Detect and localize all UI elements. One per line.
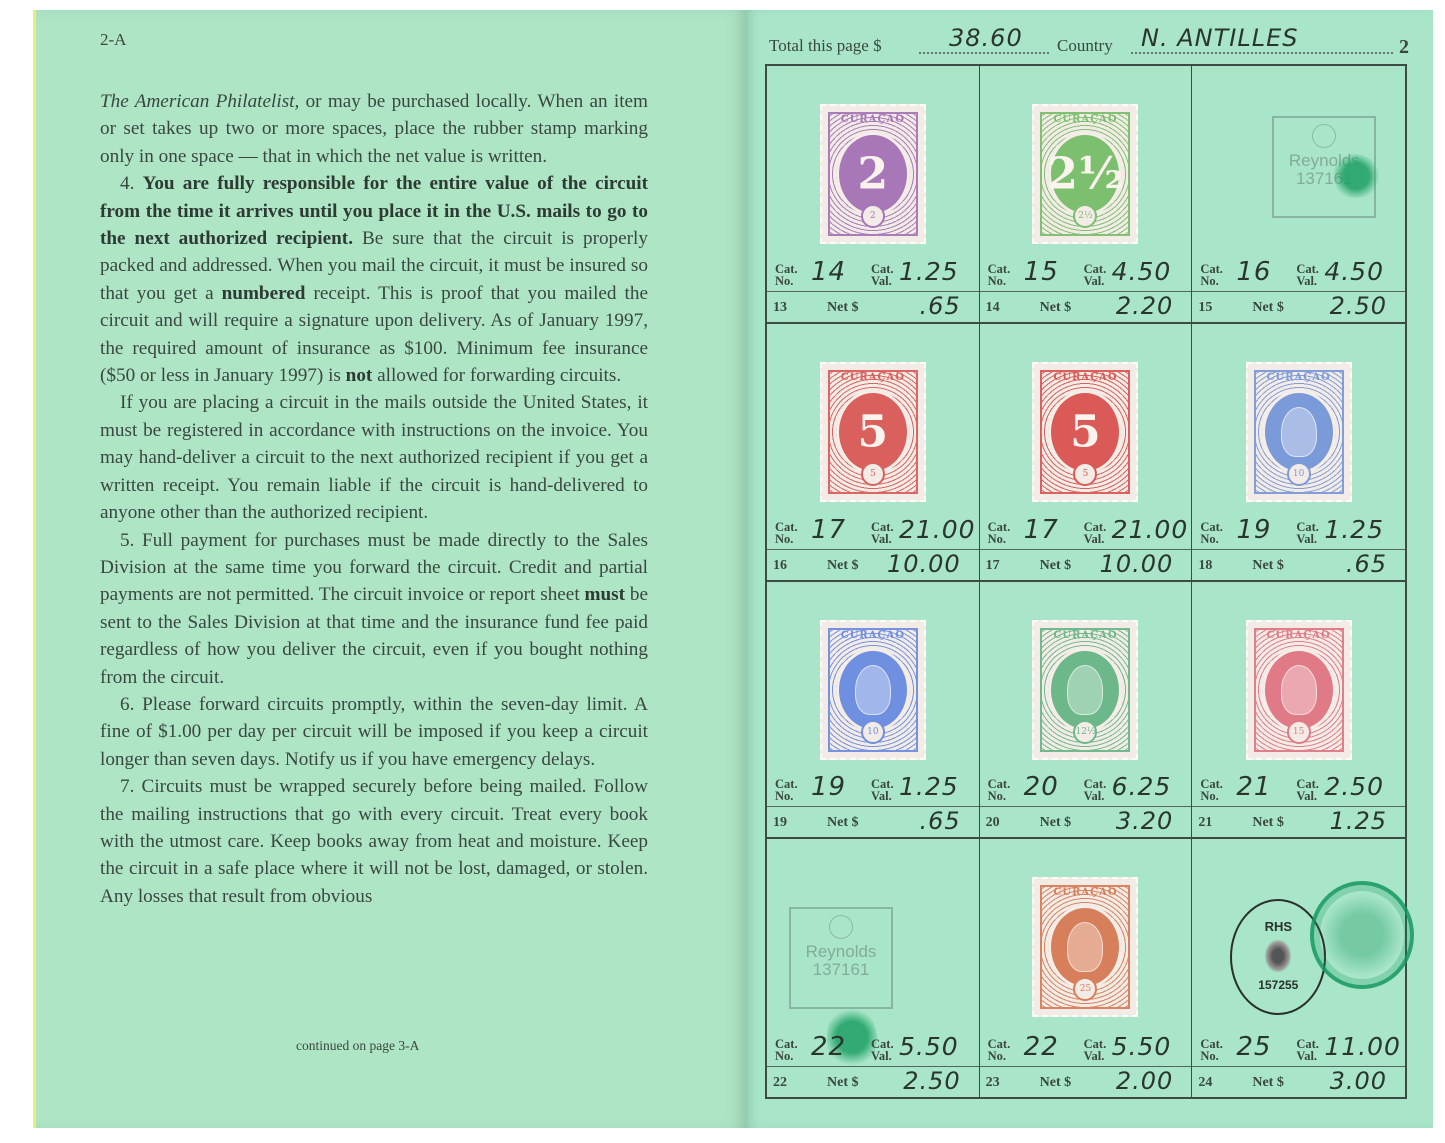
cat-no-label: Cat. No. [775,778,798,802]
catalog-row: Cat. No. 16 Cat. Val. 4.50 [1192,251,1405,292]
cat-no-value: 22 [1024,1032,1059,1062]
cat-no-value: 19 [1236,515,1271,545]
cat-no-value: 21 [1236,772,1271,802]
country-value: N. ANTILLES [1141,24,1298,52]
stamp-cell: RHS 157255 Cat. No. 25 Cat. Val. 11.00 2… [1192,839,1405,1097]
paragraph: 5. Full payment for purchases must be ma… [100,527,648,691]
stamp-small-denomination: 10 [861,720,885,744]
cat-no-label: Cat. No. [775,521,798,545]
seal-icon [1312,124,1336,148]
space-number: 24 [1198,1075,1212,1091]
cat-no-value: 25 [1236,1032,1271,1062]
cat-val-value: 11.00 [1324,1032,1401,1061]
catalog-row: Cat. No. 22 Cat. Val. 5.50 [767,1026,979,1067]
cat-val-label: Cat. Val. [871,778,894,802]
net-label: Net $ [827,558,859,574]
cat-no-label: Cat. No. [775,1038,798,1062]
net-value: 2.00 [1116,1067,1173,1095]
stamp-cell: CURAÇAO 10 Cat. No. 19 Cat. Val. 1.25 19… [767,582,980,840]
paragraph: 4. You are fully responsible for the ent… [100,170,648,389]
portrait-icon [855,665,891,715]
cat-val-value: 1.25 [899,772,959,801]
stamp-country: CURAÇAO [1034,372,1136,383]
cat-val-value: 5.50 [899,1032,959,1061]
net-value: 3.00 [1330,1067,1387,1095]
net-row: 16 Net $ 10.00 [767,550,979,580]
net-label: Net $ [1040,558,1072,574]
catalog-row: Cat. No. 15 Cat. Val. 4.50 [980,251,1192,292]
net-label: Net $ [1252,815,1284,831]
postage-stamp[interactable]: 2 CURAÇAO 2 [820,104,926,244]
net-label: Net $ [827,1075,859,1091]
cat-val-label: Cat. Val. [1084,521,1107,545]
seal-icon [829,915,853,939]
cat-no-label: Cat. No. [988,778,1011,802]
cat-val-value: 1.25 [1324,515,1384,544]
stamp-small-denomination: 2½ [1073,204,1097,228]
stamp-grid: 2 CURAÇAO 2 Cat. No. 14 Cat. Val. 1.25 1… [765,64,1407,1099]
stamp-cell: 5 CURAÇAO 5 Cat. No. 17 Cat. Val. 21.00 … [980,324,1193,582]
space-number: 18 [1198,558,1212,574]
cat-val-value: 21.00 [899,515,976,544]
cat-val-value: 2.50 [1324,772,1384,801]
cat-val-value: 6.25 [1112,772,1172,801]
catalog-row: Cat. No. 20 Cat. Val. 6.25 [980,766,1192,807]
aps-seal-icon [1310,881,1414,989]
stamp-cell: Reynolds 137161 Cat. No. 16 Cat. Val. 4.… [1192,66,1405,324]
space-number: 13 [773,300,787,316]
stamp-cell: 2½ CURAÇAO 2½ Cat. No. 15 Cat. Val. 4.50… [980,66,1193,324]
total-label: Total this page $ [769,36,882,56]
portrait-icon [1281,665,1317,715]
stamp-country: CURAÇAO [1034,887,1136,898]
catalog-row: Cat. No. 17 Cat. Val. 21.00 [767,509,979,550]
cat-no-value: 16 [1236,257,1271,287]
thumbprint-icon [1265,940,1291,972]
net-value: 2.50 [1330,292,1387,320]
cat-val-label: Cat. Val. [871,521,894,545]
stamp-small-denomination: 10 [1287,462,1311,486]
stamp-small-denomination: 15 [1287,720,1311,744]
cat-val-label: Cat. Val. [1084,1038,1107,1062]
postage-stamp[interactable]: 5 CURAÇAO 5 [820,362,926,502]
stamp-denomination: 2 [822,149,924,200]
stamp-denomination: 2½ [1034,149,1136,200]
net-value: 10.00 [1100,550,1174,578]
paragraph: If you are placing a circuit in the mail… [100,389,648,526]
net-row: 19 Net $ .65 [767,807,979,837]
stamp-cell: CURAÇAO 10 Cat. No. 19 Cat. Val. 1.25 18… [1192,324,1405,582]
space-number: 15 [1198,300,1212,316]
net-row: 18 Net $ .65 [1192,550,1405,580]
stamp-country: CURAÇAO [822,372,924,383]
net-label: Net $ [1040,1075,1072,1091]
left-page: 2-A The American Philatelist, or may be … [33,10,748,1128]
space-number: 19 [773,815,787,831]
cat-val-label: Cat. Val. [1084,263,1107,287]
cat-no-label: Cat. No. [988,1038,1011,1062]
stamp-country: CURAÇAO [822,114,924,125]
net-value: 10.00 [887,550,961,578]
net-label: Net $ [1252,300,1284,316]
stamp-small-denomination: 5 [1073,462,1097,486]
cat-val-value: 5.50 [1112,1032,1172,1061]
cat-val-value: 1.25 [899,257,959,286]
net-row: 15 Net $ 2.50 [1192,292,1405,322]
catalog-row: Cat. No. 19 Cat. Val. 1.25 [767,766,979,807]
cat-no-value: 17 [811,515,846,545]
catalog-row: Cat. No. 21 Cat. Val. 2.50 [1192,766,1405,807]
cat-no-label: Cat. No. [1200,778,1223,802]
net-row: 17 Net $ 10.00 [980,550,1192,580]
net-row: 22 Net $ 2.50 [767,1067,979,1097]
cat-val-label: Cat. Val. [1296,1038,1319,1062]
net-row: 23 Net $ 2.00 [980,1067,1192,1097]
postage-stamp[interactable]: CURAÇAO 12½ [1032,620,1138,760]
cat-no-value: 22 [811,1032,846,1062]
net-label: Net $ [1040,300,1072,316]
cat-val-label: Cat. Val. [1296,521,1319,545]
net-label: Net $ [827,815,859,831]
cat-no-label: Cat. No. [1200,263,1223,287]
stamp-small-denomination: 2 [861,204,885,228]
stamp-small-denomination: 25 [1073,977,1097,1001]
net-row: 20 Net $ 3.20 [980,807,1192,837]
net-label: Net $ [1040,815,1072,831]
cat-no-label: Cat. No. [1200,1038,1223,1062]
stamp-denomination: 5 [1034,406,1136,457]
postage-stamp[interactable]: CURAÇAO 15 [1246,620,1352,760]
net-label: Net $ [827,300,859,316]
stamp-cell: 5 CURAÇAO 5 Cat. No. 17 Cat. Val. 21.00 … [767,324,980,582]
stamp-cell: Reynolds 137161 Cat. No. 22 Cat. Val. 5.… [767,839,980,1097]
net-row: 13 Net $ .65 [767,292,979,322]
stamp-country: CURAÇAO [1248,372,1350,383]
stamp-cell: CURAÇAO 12½ Cat. No. 20 Cat. Val. 6.25 2… [980,582,1193,840]
cat-no-value: 14 [811,257,846,287]
net-row: 14 Net $ 2.20 [980,292,1192,322]
cat-no-label: Cat. No. [775,263,798,287]
postage-stamp[interactable]: CURAÇAO 10 [1246,362,1352,502]
net-value: 2.50 [903,1067,960,1095]
cat-val-label: Cat. Val. [1084,778,1107,802]
stamp-cell: CURAÇAO 15 Cat. No. 21 Cat. Val. 2.50 21… [1192,582,1405,840]
net-label: Net $ [1252,558,1284,574]
postage-stamp[interactable]: 5 CURAÇAO 5 [1032,362,1138,502]
catalog-row: Cat. No. 14 Cat. Val. 1.25 [767,251,979,292]
cat-val-label: Cat. Val. [1296,778,1319,802]
stamp-country: CURAÇAO [1248,630,1350,641]
cat-val-value: 4.50 [1324,257,1384,286]
space-number: 20 [986,815,1000,831]
stamp-country: CURAÇAO [1034,630,1136,641]
reynolds-handstamp: Reynolds 137161 [789,907,893,1009]
net-label: Net $ [1252,1075,1284,1091]
net-row: 24 Net $ 3.00 [1192,1067,1405,1097]
paragraph: 7. Circuits must be wrapped securely bef… [100,773,648,910]
total-value: 38.60 [949,24,1023,52]
cat-no-value: 17 [1024,515,1059,545]
space-number: 14 [986,300,1000,316]
stamp-cell: 2 CURAÇAO 2 Cat. No. 14 Cat. Val. 1.25 1… [767,66,980,324]
space-number: 21 [1198,815,1212,831]
stamp-denomination: 5 [822,406,924,457]
green-ink-stamp [1332,154,1380,198]
net-value: .65 [1346,550,1387,578]
cat-no-label: Cat. No. [988,521,1011,545]
rules-text: The American Philatelist, or may be purc… [100,88,648,910]
cat-val-label: Cat. Val. [871,263,894,287]
cat-val-value: 4.50 [1112,257,1172,286]
space-number: 23 [986,1075,1000,1091]
page-number: 2 [1399,36,1409,59]
catalog-row: Cat. No. 19 Cat. Val. 1.25 [1192,509,1405,550]
net-value: 1.25 [1330,807,1387,835]
country-label: Country [1057,36,1113,56]
cat-no-value: 19 [811,772,846,802]
portrait-icon [1067,665,1103,715]
cat-no-value: 20 [1024,772,1059,802]
net-value: 3.20 [1116,807,1173,835]
stamp-country: CURAÇAO [822,630,924,641]
stamp-small-denomination: 12½ [1073,720,1097,744]
page-number: 2-A [100,30,126,50]
right-page: Total this page $ 38.60 Country N. ANTIL… [745,10,1433,1128]
cat-val-label: Cat. Val. [871,1038,894,1062]
catalog-row: Cat. No. 25 Cat. Val. 11.00 [1192,1026,1405,1067]
postage-stamp[interactable]: 2½ CURAÇAO 2½ [1032,104,1138,244]
space-number: 22 [773,1075,787,1091]
net-row: 21 Net $ 1.25 [1192,807,1405,837]
stamp-country: CURAÇAO [1034,114,1136,125]
cat-val-value: 21.00 [1112,515,1189,544]
net-value: .65 [919,292,960,320]
cat-no-value: 15 [1024,257,1059,287]
net-value: .65 [919,807,960,835]
space-number: 16 [773,558,787,574]
portrait-icon [1281,407,1317,457]
cat-no-label: Cat. No. [988,263,1011,287]
stamp-cell: CURAÇAO 25 Cat. No. 22 Cat. Val. 5.50 23… [980,839,1193,1097]
cat-no-label: Cat. No. [1200,521,1223,545]
catalog-row: Cat. No. 17 Cat. Val. 21.00 [980,509,1192,550]
portrait-icon [1067,922,1103,972]
stamp-small-denomination: 5 [861,462,885,486]
catalog-row: Cat. No. 22 Cat. Val. 5.50 [980,1026,1192,1067]
cat-val-label: Cat. Val. [1296,263,1319,287]
net-value: 2.20 [1116,292,1173,320]
postage-stamp[interactable]: CURAÇAO 25 [1032,877,1138,1017]
space-number: 17 [986,558,1000,574]
paragraph: The American Philatelist, or may be purc… [100,88,648,170]
continued-note: continued on page 3-A [296,1038,419,1054]
postage-stamp[interactable]: CURAÇAO 10 [820,620,926,760]
paragraph: 6. Please forward circuits promptly, wit… [100,691,648,773]
